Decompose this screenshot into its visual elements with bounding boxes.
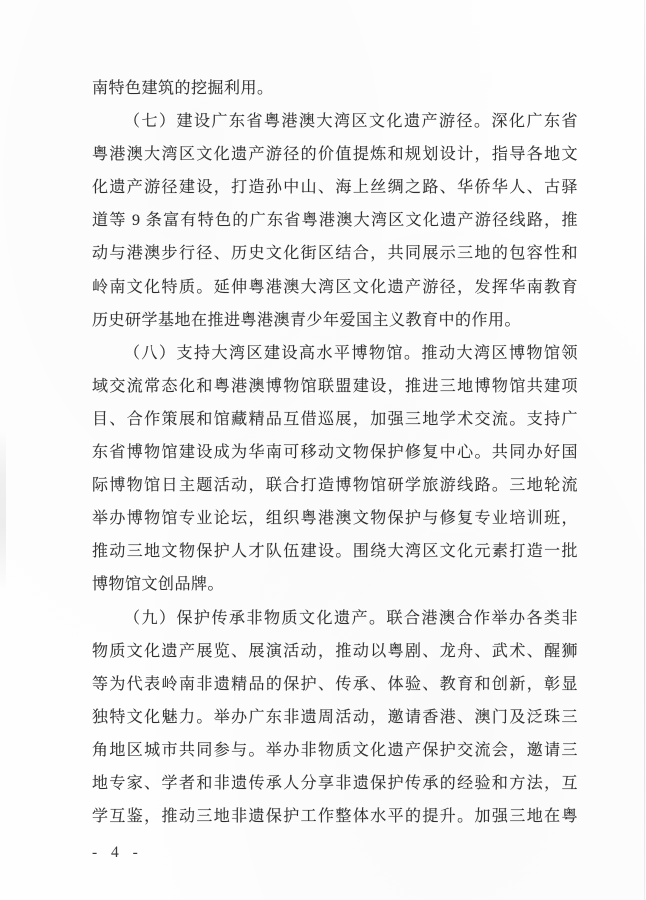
text-line: 粤港澳大湾区文化遗产游径的价值提炼和规划设计，指导各地文 bbox=[92, 138, 578, 171]
text-line: 目、合作策展和馆藏精品互借巡展，加强三地学术交流。支持广 bbox=[92, 403, 578, 436]
text-line: 举办博物馆专业论坛，组织粤港澳文物保护与修复专业培训班， bbox=[92, 502, 578, 535]
text-line: 等为代表岭南非遗精品的保护、传承、体验、教育和创新，彰显 bbox=[92, 668, 578, 701]
text-line: 推动三地文物保护人才队伍建设。围绕大湾区文化元素打造一批 bbox=[92, 535, 578, 568]
text-line: 历史研学基地在推进粤港澳青少年爱国主义教育中的作用。 bbox=[92, 304, 578, 337]
text-line: （七）建设广东省粤港澳大湾区文化遗产游径。深化广东省 bbox=[92, 105, 578, 138]
page-number: - 4 - bbox=[92, 844, 143, 862]
scan-smudge bbox=[0, 430, 6, 590]
text-line: 博物馆文创品牌。 bbox=[92, 568, 578, 601]
text-block: 南特色建筑的挖掘利用。（七）建设广东省粤港澳大湾区文化遗产游径。深化广东省粤港澳… bbox=[92, 72, 578, 833]
text-line: 岭南文化特质。延伸粤港澳大湾区文化遗产游径，发挥华南教育 bbox=[92, 271, 578, 304]
text-line: 独特文化魅力。举办广东非遗周活动，邀请香港、澳门及泛珠三 bbox=[92, 701, 578, 734]
text-line: 学互鉴，推动三地非遗保护工作整体水平的提升。加强三地在粤 bbox=[92, 800, 578, 833]
text-line: 化遗产游径建设，打造孙中山、海上丝绸之路、华侨华人、古驿 bbox=[92, 171, 578, 204]
text-line: 域交流常态化和粤港澳博物馆联盟建设，推进三地博物馆共建项 bbox=[92, 370, 578, 403]
text-line: 动与港澳步行径、历史文化街区结合，共同展示三地的包容性和 bbox=[92, 237, 578, 270]
text-line: 道等 9 条富有特色的广东省粤港澳大湾区文化遗产游径线路，推 bbox=[92, 204, 578, 237]
scan-edge-line bbox=[644, 0, 645, 900]
text-line: 角地区城市共同参与。举办非物质文化遗产保护交流会，邀请三 bbox=[92, 734, 578, 767]
text-line: 地专家、学者和非遗传承人分享非遗保护传承的经验和方法，互 bbox=[92, 767, 578, 800]
document-page: 南特色建筑的挖掘利用。（七）建设广东省粤港澳大湾区文化遗产游径。深化广东省粤港澳… bbox=[0, 0, 646, 900]
text-line: 物质文化遗产展览、展演活动，推动以粤剧、龙舟、武术、醒狮 bbox=[92, 635, 578, 668]
text-line: 际博物馆日主题活动，联合打造博物馆研学旅游线路。三地轮流 bbox=[92, 469, 578, 502]
text-line: 南特色建筑的挖掘利用。 bbox=[92, 72, 578, 105]
text-line: （九）保护传承非物质文化遗产。联合港澳合作举办各类非 bbox=[92, 602, 578, 635]
text-line: 东省博物馆建设成为华南可移动文物保护修复中心。共同办好国 bbox=[92, 436, 578, 469]
text-line: （八）支持大湾区建设高水平博物馆。推动大湾区博物馆领 bbox=[92, 337, 578, 370]
